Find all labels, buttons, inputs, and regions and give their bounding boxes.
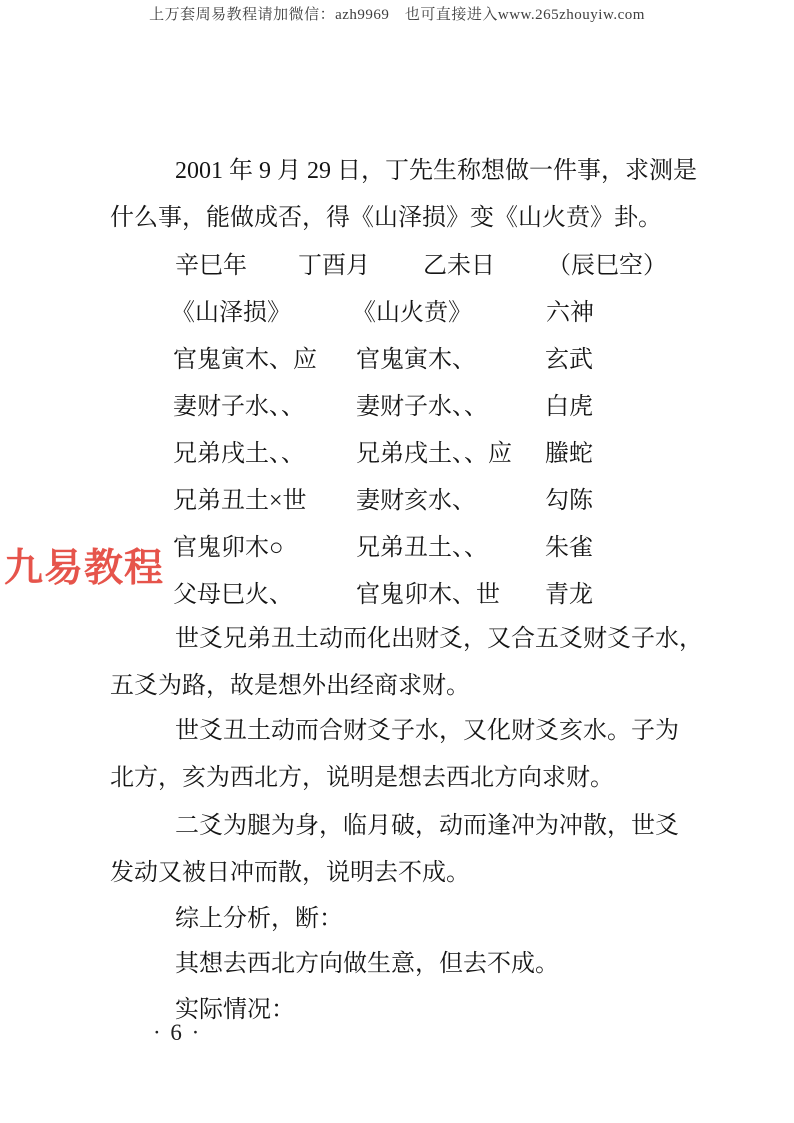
original-line-cell: 兄弟戌土、、	[173, 431, 305, 478]
original-hexagram-name: 《山泽损》	[171, 290, 291, 337]
original-line-cell: 妻财子水、、	[173, 384, 305, 431]
hexagram-row: 父母巳火、 官鬼卯木、世 青龙	[0, 572, 794, 619]
intro-line-2: 什么事，能做成否，得《山泽损》变《山火贲》卦。	[110, 195, 690, 242]
promo-banner-text: 上万套周易教程请加微信：azh9969 也可直接进入www.265zhouyiw…	[0, 3, 794, 24]
changed-line-cell: 官鬼寅木、	[356, 337, 476, 384]
analysis-3-line-2: 发动又被日冲而散，说明去不成。	[110, 850, 690, 897]
original-line-cell: 官鬼寅木、应	[173, 337, 317, 384]
changed-line-cell: 妻财子水、、	[356, 384, 488, 431]
analysis-1-line-2: 五爻为路，故是想外出经商求财。	[110, 663, 690, 710]
hexagram-row: 官鬼寅木、应 官鬼寅木、 玄武	[0, 337, 794, 384]
hexagram-row: 妻财子水、、 妻财子水、、 白虎	[0, 384, 794, 431]
conclusion-summary-label: 综上分析，断：	[110, 896, 755, 943]
changed-line-cell: 官鬼卯木、世	[356, 572, 500, 619]
year-pillar: 辛巳年	[175, 243, 247, 290]
hexagram-row: 兄弟丑土×世 妻财亥水、 勾陈	[0, 478, 794, 525]
six-god-cell: 朱雀	[545, 525, 593, 572]
six-god-cell: 青龙	[545, 572, 593, 619]
scanned-book-page: 上万套周易教程请加微信：azh9969 也可直接进入www.265zhouyiw…	[0, 0, 794, 1123]
original-line-cell: 官鬼卯木○	[173, 525, 284, 572]
hexagram-title-row: 《山泽损》 《山火贲》 六神	[0, 290, 794, 337]
changed-hexagram-name: 《山火贲》	[352, 290, 472, 337]
changed-line-cell: 兄弟戌土、、应	[356, 431, 512, 478]
original-line-cell: 兄弟丑土×世	[173, 478, 307, 525]
void-branches: （辰巳空）	[547, 243, 667, 290]
six-god-cell: 勾陈	[545, 478, 593, 525]
conclusion-judgment: 其想去西北方向做生意，但去不成。	[110, 941, 755, 988]
conclusion-actual-label: 实际情况：	[110, 987, 755, 1034]
day-pillar: 乙未日	[423, 243, 495, 290]
analysis-2-line-2: 北方，亥为西北方，说明是想去西北方向求财。	[110, 755, 690, 802]
changed-line-cell: 妻财亥水、	[356, 478, 476, 525]
six-god-cell: 玄武	[545, 337, 593, 384]
six-god-cell: 白虎	[545, 384, 593, 431]
date-row: 辛巳年 丁酉月 乙未日 （辰巳空）	[0, 243, 794, 290]
six-gods-header: 六神	[546, 290, 594, 337]
analysis-3-line-1: 二爻为腿为身，临月破，动而逢冲为冲散，世爻	[110, 803, 755, 850]
original-line-cell: 父母巳火、	[173, 572, 293, 619]
changed-line-cell: 兄弟丑土、、	[356, 525, 488, 572]
month-pillar: 丁酉月	[298, 243, 370, 290]
analysis-2-line-1: 世爻丑土动而合财爻子水，又化财爻亥水。子为	[110, 708, 755, 755]
hexagram-row: 官鬼卯木○ 兄弟丑土、、 朱雀	[0, 525, 794, 572]
hexagram-row: 兄弟戌土、、 兄弟戌土、、应 螣蛇	[0, 431, 794, 478]
intro-line-1: 2001 年 9 月 29 日，丁先生称想做一件事，求测是	[110, 148, 755, 195]
six-god-cell: 螣蛇	[545, 431, 593, 478]
analysis-1-line-1: 世爻兄弟丑土动而化出财爻，又合五爻财爻子水，	[110, 616, 755, 663]
page-number: · 6 ·	[153, 1020, 201, 1046]
